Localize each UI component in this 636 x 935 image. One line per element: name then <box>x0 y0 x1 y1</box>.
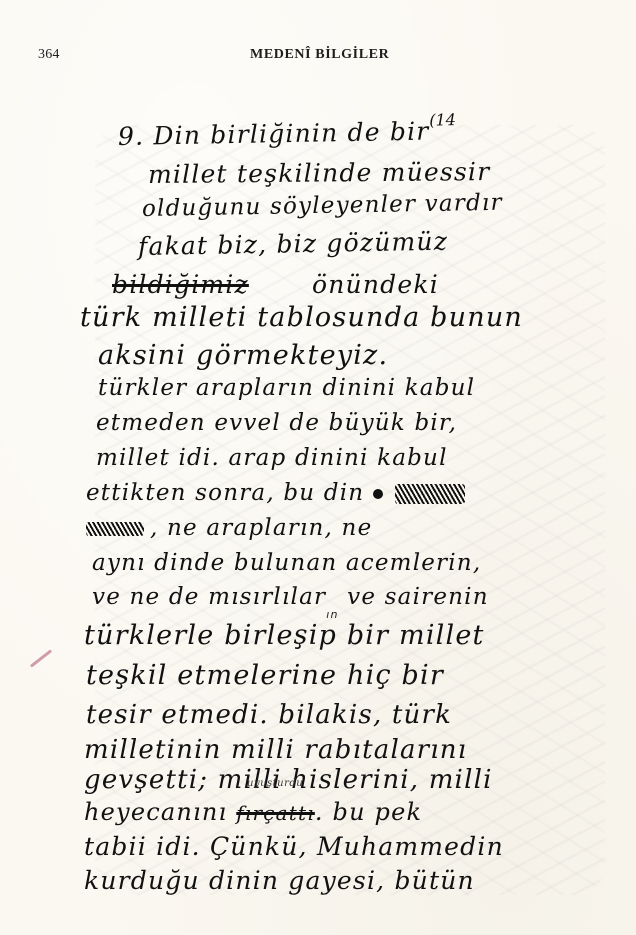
manuscript-line-1: 9. Din birliğinin de bir(14 <box>118 116 457 151</box>
line-text: kurduğu dinin gayesi, bütün <box>84 866 475 895</box>
handwritten-manuscript: 9. Din birliğinin de bir(14 millet teşki… <box>0 0 636 935</box>
scribbled-out-word <box>86 522 144 536</box>
manuscript-line-16: teşkil etmelerine hiç bir <box>86 660 444 691</box>
line-text: tesir etmedi. bilakis, türk <box>86 700 452 730</box>
line-text: ettikten sonra, bu din <box>86 480 364 506</box>
manuscript-line-6: türk milleti tablosunda bunun <box>80 302 523 333</box>
line-text: , ne arapların, ne <box>150 515 372 541</box>
manuscript-line-9: etmeden evvel de büyük bir, <box>96 410 457 436</box>
manuscript-line-10: millet idi. arap dinini kabul <box>96 445 448 471</box>
line-text-after: . bu pek <box>315 798 422 826</box>
line-text: türk milleti tablosunda bunun <box>80 302 523 333</box>
line-text-after: ve sairenin <box>347 584 489 610</box>
manuscript-line-8: türkler arapların dinini kabul <box>98 375 475 401</box>
manuscript-line-13: aynı dinde bulunan acemlerin, <box>92 550 481 576</box>
manuscript-line-17: tesir etmedi. bilakis, türk <box>86 700 452 730</box>
line-text: türkler arapların dinini kabul <box>98 375 475 401</box>
manuscript-line-15: türklerle birleşip bir millet <box>84 620 485 651</box>
line-text: fakat biz, biz gözümüz <box>138 227 449 261</box>
struck-word: fırçattı <box>236 801 315 825</box>
line-text: etmeden evvel de büyük bir, <box>96 410 457 436</box>
line-text: önündeki <box>312 270 439 299</box>
line-text: teşkil etmelerine hiç bir <box>86 660 444 691</box>
line-text: millet teşkilinde müessir <box>148 157 491 189</box>
manuscript-line-11: ettikten sonra, bu din <box>86 480 465 506</box>
manuscript-line-22: kurduğu dinin gayesi, bütün <box>84 866 475 895</box>
line-text: ve ne de mısırlılar <box>92 584 326 610</box>
line-text: tabii idi. Çünkü, Muhammedin <box>84 832 504 861</box>
manuscript-line-3: olduğunu söyleyenler vardır <box>142 190 503 222</box>
book-page: 364 MEDENÎ BİLGİLER 9. Din birliğinin de… <box>0 0 636 935</box>
manuscript-line-14: ve ne de mısırlıların ve sairenin <box>92 584 489 610</box>
manuscript-line-2: millet teşkilinde müessir <box>148 157 491 189</box>
manuscript-line-20: heyecanını fırçattı. bu pek <box>84 798 422 826</box>
manuscript-line-5: bildiğimiz önündeki <box>112 270 439 299</box>
line-text: aynı dinde bulunan acemlerin, <box>92 550 481 576</box>
line-text: aksini görmekteyiz. <box>98 340 388 371</box>
ink-blot <box>373 489 383 499</box>
footnote-marker: (14 <box>429 110 456 129</box>
line-text: milletinin milli rabıtalarını <box>84 735 467 765</box>
manuscript-line-12: , ne arapların, ne <box>86 515 372 541</box>
line-text: olduğunu söyleyenler vardır <box>142 190 503 222</box>
manuscript-line-7: aksini görmekteyiz. <box>98 340 388 371</box>
manuscript-line-18: milletinin milli rabıtalarını <box>84 735 467 765</box>
line-text: millet idi. arap dinini kabul <box>96 445 448 471</box>
line-text: türklerle birleşip bir millet <box>84 620 485 651</box>
struck-word: bildiğimiz <box>112 270 277 299</box>
scribbled-out-word <box>395 484 465 504</box>
line-text: 9. Din birliğinin de bir <box>118 117 430 151</box>
line-text: heyecanını <box>84 798 227 826</box>
manuscript-line-21: tabii idi. Çünkü, Muhammedin <box>84 832 504 861</box>
manuscript-line-4: fakat biz, biz gözümüz <box>138 227 449 261</box>
interlinear-correction: uyuşturdu <box>247 778 303 789</box>
